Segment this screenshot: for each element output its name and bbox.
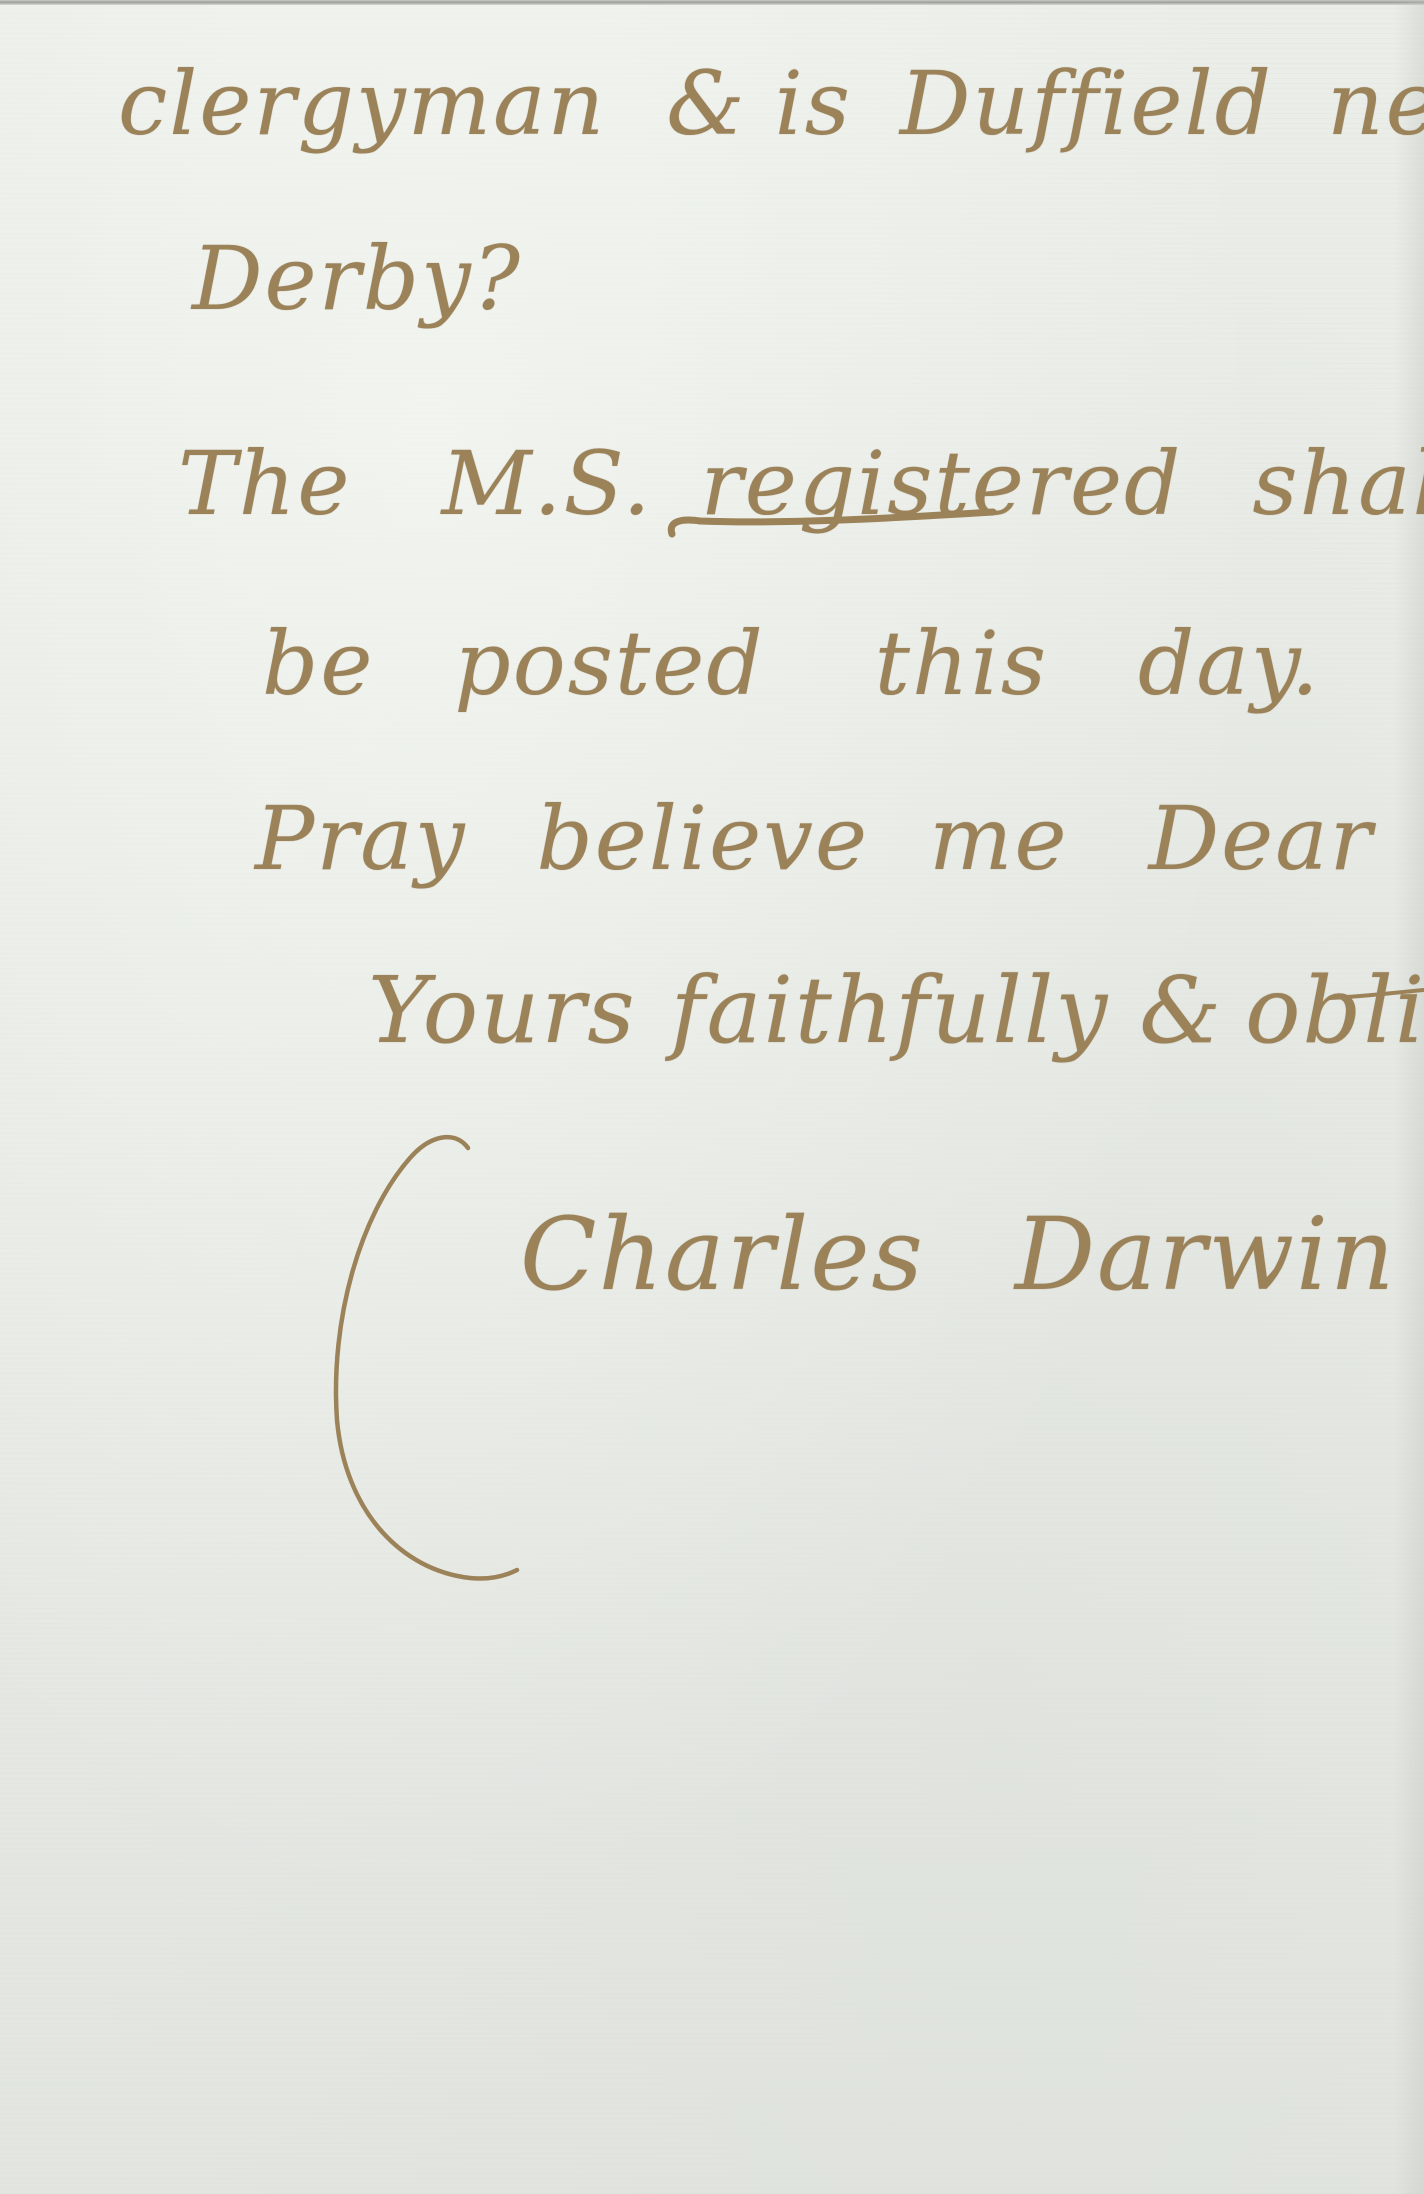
letter-page: clergyman&isDuffieldnear Derby? TheM.S.r… [0,0,1424,2194]
word: be [262,620,374,708]
letter-closing: Yoursfaithfully&obliged [368,965,1424,1057]
letter-line-3: TheM.S.registeredshall [178,440,1424,528]
word: this [875,620,1048,708]
signature-first-name: Charles [520,1205,925,1305]
page-right-shadow [1394,0,1424,2194]
word: The [178,440,351,528]
word: Yours [368,965,637,1057]
word: & [666,60,746,148]
signature-last-name: Darwin [1015,1205,1397,1305]
word: Derby? [192,235,522,323]
word: obliged [1245,965,1424,1057]
word: is [775,60,852,148]
word: posted [454,620,764,708]
letter-line-1: clergyman&isDuffieldnear [118,60,1424,148]
signature: CharlesDarwin [520,1205,1396,1305]
word: believe [536,795,869,883]
signature-bracket-stroke [336,1137,517,1578]
page-top-edge [0,0,1424,5]
word: M.S. [441,440,652,528]
word: & [1139,965,1223,1057]
underlined-word: registered [701,440,1183,528]
word: Pray [255,795,466,883]
word: day. [1138,620,1321,708]
word: Duffield [900,60,1273,148]
word: faithfully [671,965,1110,1057]
letter-line-2: Derby? [192,235,522,323]
word: clergyman [118,60,606,148]
word: me [929,795,1069,883]
word: shall [1252,440,1424,528]
letter-line-4: bepostedthisday. [262,620,1321,708]
letter-line-5: PraybelievemeDearSir [255,795,1424,883]
word: Dear [1149,795,1374,883]
word: near [1327,60,1424,148]
